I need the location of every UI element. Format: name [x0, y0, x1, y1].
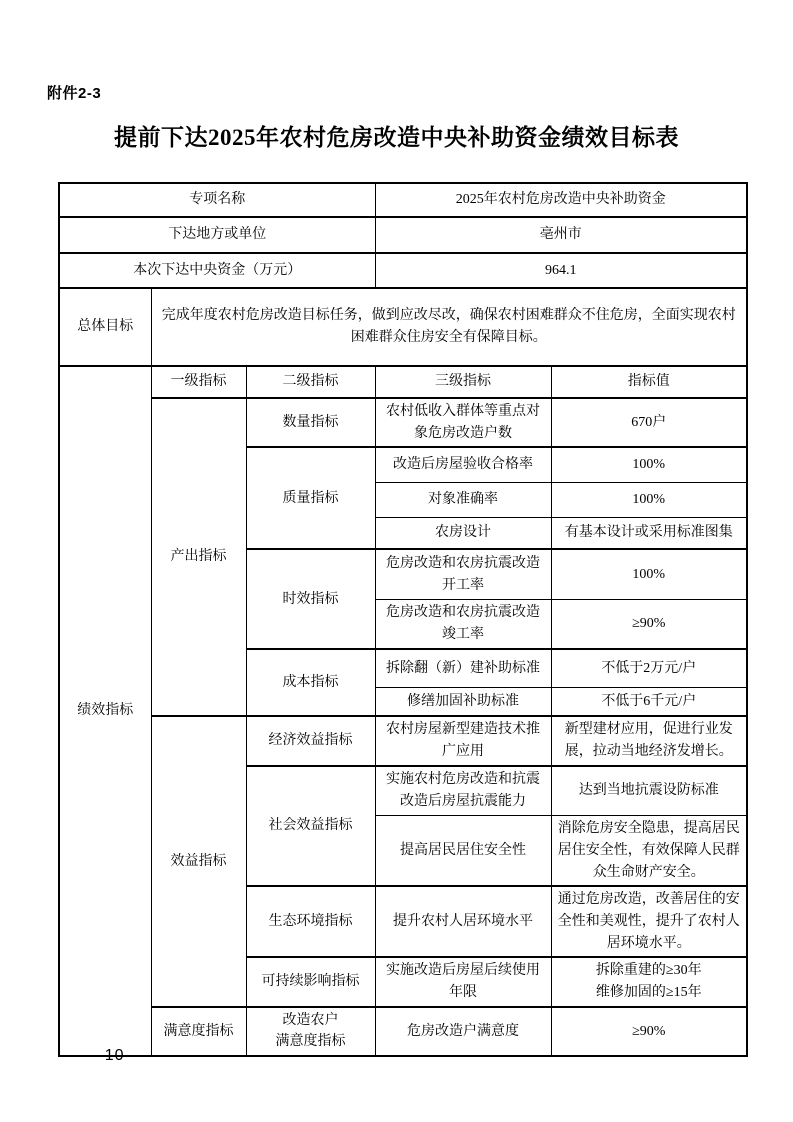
info-value-recipient: 亳州市 — [375, 217, 747, 253]
l3-cell: 对象准确率 — [375, 482, 551, 517]
performance-target-table: 专项名称 2025年农村危房改造中央补助资金 下达地方或单位 亳州市 本次下达中… — [58, 182, 748, 1057]
l2-eco-environment-indicators: 生态环境指标 — [246, 886, 375, 957]
value-cell: 消除危房安全隐患，提高居民居住安全性，有效保障人民群众生命财产安全。 — [551, 816, 747, 887]
l3-cell: 改造后房屋验收合格率 — [375, 447, 551, 482]
value-cell: 100% — [551, 447, 747, 482]
side-label-performance-indicators: 绩效指标 — [59, 366, 151, 1056]
header-level2: 二级指标 — [246, 366, 375, 398]
overall-goal-label: 总体目标 — [59, 288, 151, 366]
header-level3: 三级指标 — [375, 366, 551, 398]
l2-sustainability-indicators: 可持续影响指标 — [246, 957, 375, 1006]
l3-cell: 提高居民居住安全性 — [375, 816, 551, 887]
value-cell: 不低于2万元/户 — [551, 649, 747, 687]
value-cell: 拆除重建的≥30年 维修加固的≥15年 — [551, 957, 747, 1006]
l2-quality-indicators: 质量指标 — [246, 447, 375, 549]
l2-renovated-household-satisfaction: 改造农户 满意度指标 — [246, 1007, 375, 1056]
value-cell: ≥90% — [551, 599, 747, 649]
value-cell: 不低于6千元/户 — [551, 687, 747, 716]
info-label-project-name: 专项名称 — [59, 183, 375, 217]
info-value-central-funds: 964.1 — [375, 253, 747, 288]
l3-cell: 危房改造和农房抗震改造开工率 — [375, 549, 551, 599]
l1-benefit-indicators: 效益指标 — [151, 716, 246, 1006]
overall-goal-text: 完成年度农村危房改造目标任务，做到应改尽改，确保农村困难群众不住危房，全面实现农… — [151, 288, 747, 366]
attachment-label: 附件2-3 — [47, 82, 101, 103]
page-title: 提前下达2025年农村危房改造中央补助资金绩效目标表 — [0, 119, 793, 152]
l2-quantity-indicators: 数量指标 — [246, 398, 375, 447]
header-value: 指标值 — [551, 366, 747, 398]
l1-output-indicators: 产出指标 — [151, 398, 246, 716]
l3-cell: 拆除翻（新）建补助标准 — [375, 649, 551, 687]
l2-economic-benefit-indicators: 经济效益指标 — [246, 716, 375, 765]
info-label-recipient: 下达地方或单位 — [59, 217, 375, 253]
l3-cell: 实施改造后房屋后续使用年限 — [375, 957, 551, 1006]
l3-cell: 危房改造和农房抗震改造竣工率 — [375, 599, 551, 649]
value-cell: 100% — [551, 482, 747, 517]
l3-cell: 危房改造户满意度 — [375, 1007, 551, 1056]
info-label-central-funds: 本次下达中央资金（万元） — [59, 253, 375, 288]
l3-cell: 农房设计 — [375, 517, 551, 549]
value-cell: 达到当地抗震设防标准 — [551, 766, 747, 816]
l2-cost-indicators: 成本指标 — [246, 649, 375, 716]
l3-cell: 农村低收入群体等重点对象危房改造户数 — [375, 398, 551, 447]
l1-satisfaction-indicators: 满意度指标 — [151, 1007, 246, 1056]
value-cell: 新型建材应用，促进行业发展，拉动当地经济发增长。 — [551, 716, 747, 765]
document-page: { "page": { "attachment_label": "附件2-3",… — [0, 0, 793, 1122]
l2-timeliness-indicators: 时效指标 — [246, 549, 375, 649]
value-cell: 670户 — [551, 398, 747, 447]
value-cell: 通过危房改造，改善居住的安全性和美观性，提升了农村人居环境水平。 — [551, 886, 747, 957]
l3-cell: 农村房屋新型建造技术推广应用 — [375, 716, 551, 765]
l3-cell: 修缮加固补助标准 — [375, 687, 551, 716]
header-level1: 一级指标 — [151, 366, 246, 398]
info-value-project-name: 2025年农村危房改造中央补助资金 — [375, 183, 747, 217]
value-cell: 100% — [551, 549, 747, 599]
l2-social-benefit-indicators: 社会效益指标 — [246, 766, 375, 887]
value-cell: ≥90% — [551, 1007, 747, 1056]
page-number: - 10- — [93, 1047, 131, 1065]
l3-cell: 实施农村危房改造和抗震改造后房屋抗震能力 — [375, 766, 551, 816]
value-cell: 有基本设计或采用标准图集 — [551, 517, 747, 549]
l3-cell: 提升农村人居环境水平 — [375, 886, 551, 957]
